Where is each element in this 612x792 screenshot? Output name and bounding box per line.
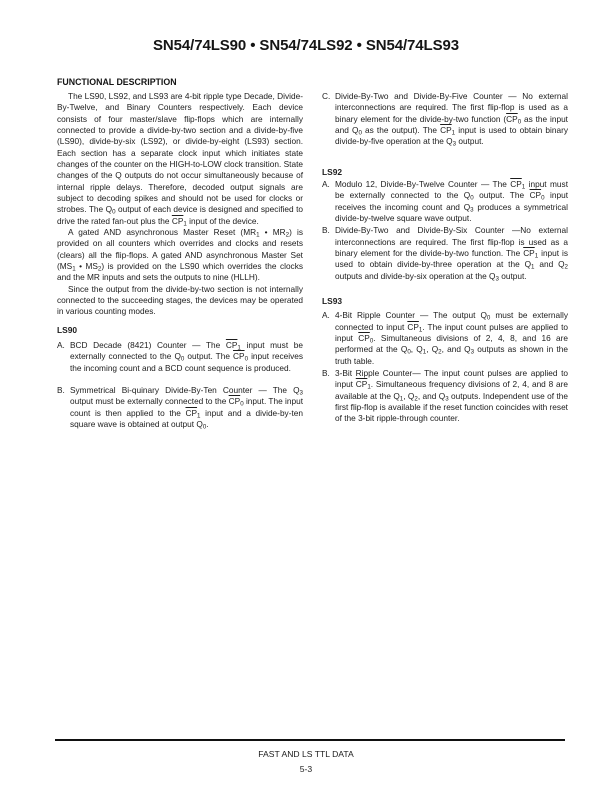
- page-title: SN54/74LS90 • SN54/74LS92 • SN54/74LS93: [0, 37, 612, 54]
- item-text: Divide-By-Two and Divide-By-Six Counter …: [335, 225, 568, 280]
- footer-rule: [55, 739, 565, 741]
- section-heading: FUNCTIONAL DESCRIPTION: [57, 77, 177, 87]
- description-paragraph: The LS90, LS92, and LS93 are 4-bit rippl…: [57, 91, 303, 227]
- item-text: 3-Bit Ripple Counter— The input count pu…: [335, 368, 568, 423]
- item-label: A.: [57, 340, 65, 351]
- list-item-ls90-c: C. Divide-By-Two and Divide-By-Five Coun…: [322, 91, 568, 148]
- description-paragraph: A gated AND asynchronous Master Reset (M…: [57, 227, 303, 284]
- list-item-ls90-a: A. BCD Decade (8421) Counter — The CP1 i…: [57, 340, 303, 374]
- item-text: Modulo 12, Divide-By-Twelve Counter — Th…: [335, 179, 568, 223]
- left-column: The LS90, LS92, and LS93 are 4-bit rippl…: [57, 91, 303, 430]
- item-label: B.: [322, 225, 330, 236]
- item-label: A.: [322, 310, 330, 321]
- right-column: C. Divide-By-Two and Divide-By-Five Coun…: [322, 91, 568, 425]
- footer-page-number: 5-3: [0, 764, 612, 774]
- ls92-heading: LS92: [322, 167, 568, 178]
- description-paragraph: Since the output from the divide-by-two …: [57, 284, 303, 318]
- item-text: 4-Bit Ripple Counter — The output Q0 mus…: [335, 310, 568, 365]
- item-label: B.: [322, 368, 330, 379]
- item-text: Divide-By-Two and Divide-By-Five Counter…: [335, 91, 568, 146]
- item-label: B.: [57, 385, 65, 396]
- item-label: A.: [322, 179, 330, 190]
- list-item-ls90-b: B. Symmetrical Bi-quinary Divide-By-Ten …: [57, 385, 303, 430]
- list-item-ls93-b: B. 3-Bit Ripple Counter— The input count…: [322, 368, 568, 425]
- item-label: C.: [322, 91, 330, 102]
- footer-book-title: FAST AND LS TTL DATA: [0, 749, 612, 759]
- ls90-heading: LS90: [57, 325, 303, 336]
- ls93-heading: LS93: [322, 296, 568, 307]
- list-item-ls92-a: A. Modulo 12, Divide-By-Twelve Counter —…: [322, 179, 568, 224]
- item-text: BCD Decade (8421) Counter — The CP1 inpu…: [70, 340, 303, 373]
- item-text: Symmetrical Bi-quinary Divide-By-Ten Cou…: [70, 385, 303, 429]
- datasheet-page: SN54/74LS90 • SN54/74LS92 • SN54/74LS93 …: [0, 0, 612, 792]
- list-item-ls93-a: A. 4-Bit Ripple Counter — The output Q0 …: [322, 310, 568, 367]
- list-item-ls92-b: B. Divide-By-Two and Divide-By-Six Count…: [322, 225, 568, 282]
